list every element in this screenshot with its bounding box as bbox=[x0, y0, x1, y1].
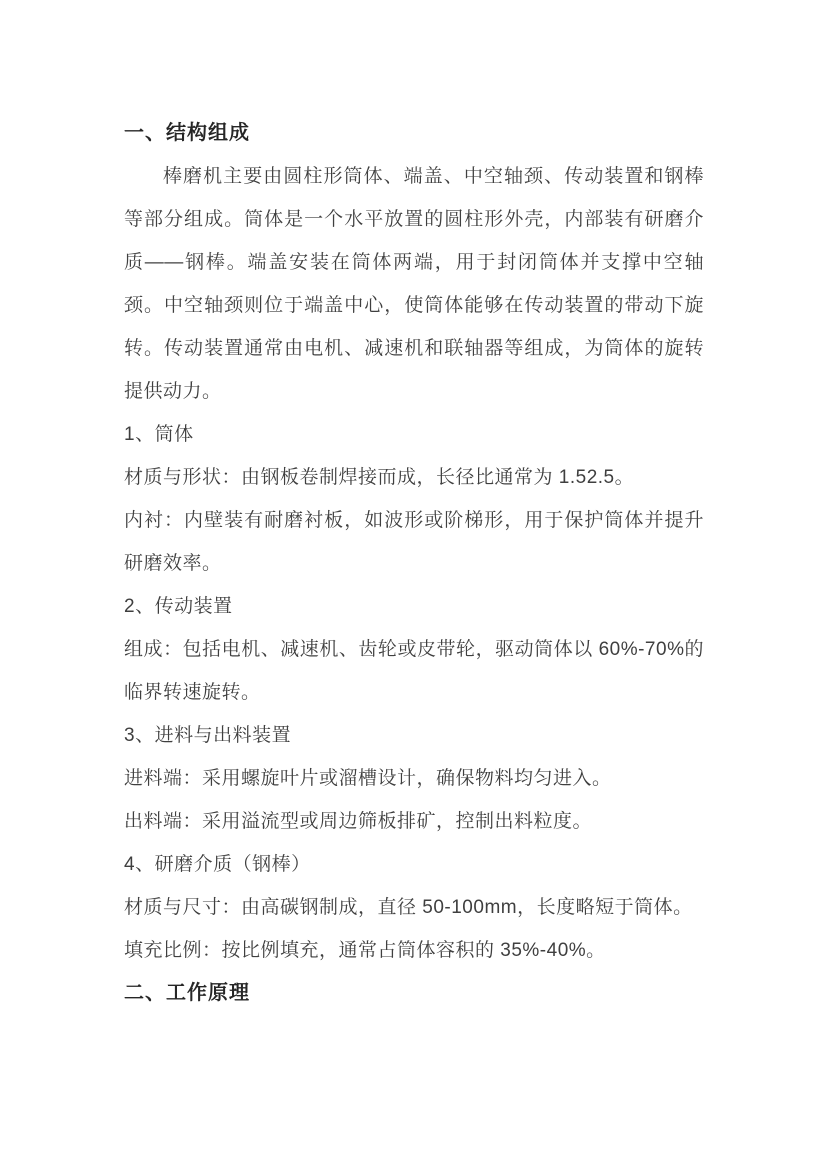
list-item-4-title: 4、研磨介质（钢棒） bbox=[124, 843, 704, 886]
list-item-4-fill-ratio: 填充比例：按比例填充，通常占筒体容积的 35%-40%。 bbox=[124, 929, 704, 972]
list-item-2-composition: 组成：包括电机、减速机、齿轮或皮带轮，驱动筒体以 60%-70%的临界转速旋转。 bbox=[124, 628, 704, 714]
section-heading-working-principle: 二、工作原理 bbox=[124, 972, 704, 1015]
intro-paragraph: 棒磨机主要由圆柱形筒体、端盖、中空轴颈、传动装置和钢棒等部分组成。筒体是一个水平… bbox=[124, 155, 704, 413]
list-item-1-material-shape: 材质与形状：由钢板卷制焊接而成，长径比通常为 1.52.5。 bbox=[124, 456, 704, 499]
section-heading-structure: 一、结构组成 bbox=[124, 112, 704, 155]
list-item-2-title: 2、传动装置 bbox=[124, 585, 704, 628]
list-item-1-liner: 内衬：内壁装有耐磨衬板，如波形或阶梯形，用于保护筒体并提升研磨效率。 bbox=[124, 499, 704, 585]
list-item-3-discharge-end: 出料端：采用溢流型或周边筛板排矿，控制出料粒度。 bbox=[124, 800, 704, 843]
list-item-4-material-size: 材质与尺寸：由高碳钢制成，直径 50-100mm，长度略短于筒体。 bbox=[124, 886, 704, 929]
list-item-1-title: 1、筒体 bbox=[124, 413, 704, 456]
document-page: 一、结构组成 棒磨机主要由圆柱形筒体、端盖、中空轴颈、传动装置和钢棒等部分组成。… bbox=[124, 112, 704, 1015]
list-item-3-title: 3、进料与出料装置 bbox=[124, 714, 704, 757]
list-item-3-feed-end: 进料端：采用螺旋叶片或溜槽设计，确保物料均匀进入。 bbox=[124, 757, 704, 800]
